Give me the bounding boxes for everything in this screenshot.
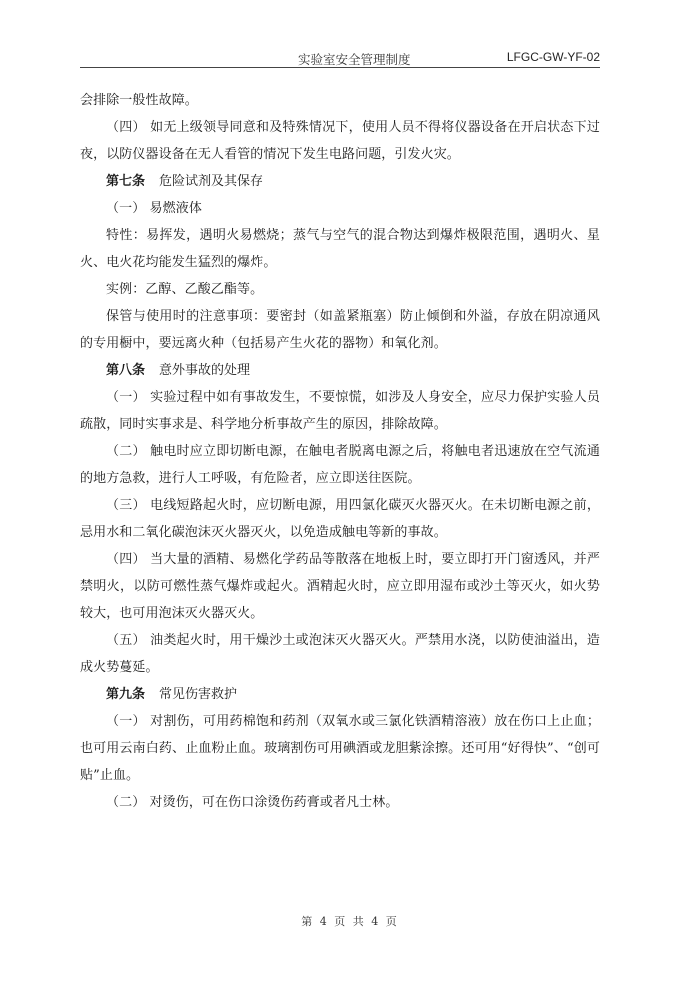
- article-heading-9: 第九条常见伤害救护: [80, 681, 600, 708]
- article-title: 意外事故的处理: [159, 363, 250, 378]
- paragraph: （五） 油类起火时，用干燥沙土或泡沫灭火器灭火。严禁用水浇，以防使油溢出，造成火…: [80, 627, 600, 681]
- article-title: 危险试剂及其保存: [159, 174, 263, 189]
- header-divider: [80, 67, 600, 68]
- paragraph: （二） 触电时应立即切断电源，在触电者脱离电源之后，将触电者迅速放在空气流通的地…: [80, 438, 600, 492]
- article-title: 常见伤害救护: [159, 687, 237, 702]
- document-code: LFGC-GW-YF-02: [507, 50, 600, 64]
- paragraph: （四） 如无上级领导同意和及特殊情况下，使用人员不得将仪器设备在开启状态下过夜，…: [80, 114, 600, 168]
- paragraph: （一） 实验过程中如有事故发生，不要惊慌，如涉及人身安全，应尽力保护实验人员疏散…: [80, 384, 600, 438]
- page-number: 第 4 页 共 4 页: [0, 913, 700, 929]
- paragraph: （二） 对烫伤，可在伤口涂烫伤药膏或者凡士林。: [80, 789, 600, 816]
- article-heading-7: 第七条危险试剂及其保存: [80, 168, 600, 195]
- article-heading-8: 第八条意外事故的处理: [80, 357, 600, 384]
- paragraph: （一） 易燃液体: [80, 195, 600, 222]
- document-title: 实验室安全管理制度: [298, 50, 411, 68]
- paragraph: （一） 对割伤，可用药棉饱和药剂（双氧水或三氯化铁酒精溶液）放在伤口上止血；也可…: [80, 708, 600, 789]
- article-number: 第九条: [106, 687, 145, 702]
- article-number: 第七条: [106, 174, 145, 189]
- document-body: 会排除一般性故障。 （四） 如无上级领导同意和及特殊情况下，使用人员不得将仪器设…: [80, 87, 600, 816]
- article-number: 第八条: [106, 363, 145, 378]
- paragraph: （四） 当大量的酒精、易燃化学药品等散落在地板上时，要立即打开门窗透风，并严禁明…: [80, 546, 600, 627]
- paragraph: 会排除一般性故障。: [80, 87, 600, 114]
- paragraph: （三） 电线短路起火时，应切断电源，用四氯化碳灭火器灭火。在未切断电源之前，忌用…: [80, 492, 600, 546]
- paragraph: 特性：易挥发，遇明火易燃烧；蒸气与空气的混合物达到爆炸极限范围，遇明火、星火、电…: [80, 222, 600, 276]
- paragraph: 保管与使用时的注意事项：要密封（如盖紧瓶塞）防止倾倒和外溢，存放在阴凉通风的专用…: [80, 303, 600, 357]
- paragraph: 实例：乙醇、乙酸乙酯等。: [80, 276, 600, 303]
